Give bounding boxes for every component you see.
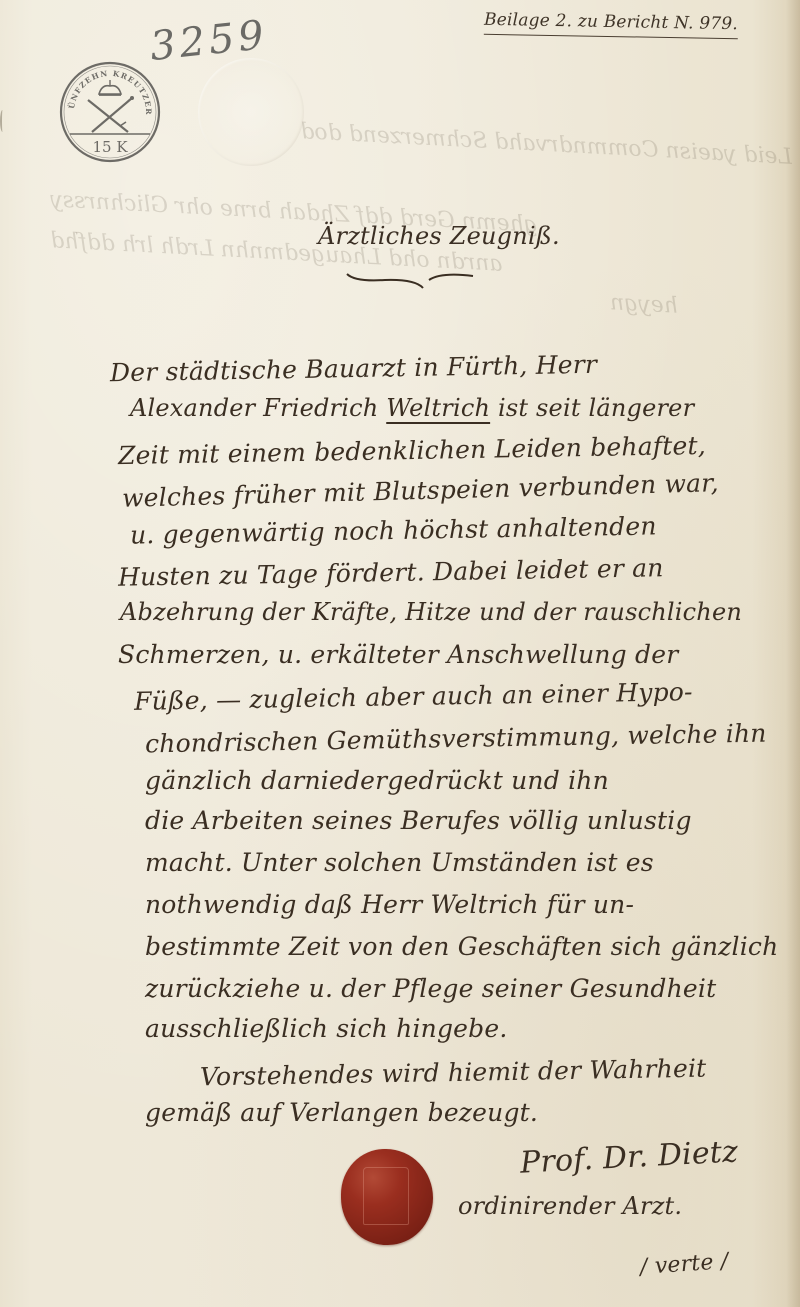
reference-note: Beilage 2. zu Bericht N. 979. bbox=[484, 10, 738, 39]
body-line: Vorstehendes wird hiemit der Wahrheit bbox=[200, 1056, 707, 1090]
body-line: Zeit mit einem bedenklichen Leiden behaf… bbox=[118, 433, 706, 468]
title-flourish-icon bbox=[345, 268, 475, 290]
document-page: Leid yaeisn Commndrvahd Schmerzend dod g… bbox=[0, 0, 800, 1307]
body-line: macht. Unter solchen Umständen ist es bbox=[145, 850, 654, 875]
seal-impression bbox=[363, 1167, 409, 1225]
embossed-stamp bbox=[198, 58, 304, 166]
wax-seal bbox=[341, 1149, 433, 1245]
body-line: u. gegenwärtig noch höchst anhaltenden bbox=[130, 513, 657, 547]
bleed-through-text: Leid yaeisn Commndrvahd Schmerzend dod bbox=[300, 119, 793, 170]
document-title: Ärztliches Zeugniß. bbox=[318, 222, 560, 250]
signature-title: ordinirender Arzt. bbox=[458, 1192, 682, 1220]
underlined-name: Weltrich bbox=[386, 394, 490, 422]
margin-mark bbox=[0, 110, 5, 132]
body-line-part: ist seit längerer bbox=[490, 394, 694, 422]
body-line: gänzlich darniedergedrückt und ihn bbox=[145, 768, 609, 793]
body-line: ausschließlich sich hingebe. bbox=[145, 1016, 508, 1041]
body-line: zurückziehe u. der Pflege seiner Gesundh… bbox=[145, 976, 716, 1001]
body-line-part: Alexander Friedrich bbox=[130, 394, 386, 422]
body-line: Füße, — zugleich aber auch an einer Hypo… bbox=[134, 679, 693, 714]
body-line: chondrischen Gemüthsverstimmung, welche … bbox=[145, 721, 767, 757]
revenue-stamp: FÜNFZEHN KREUTZER 15 K bbox=[58, 60, 162, 164]
bleed-through-text: heygn bbox=[609, 290, 678, 319]
svg-text:FÜNFZEHN KREUTZER: FÜNFZEHN KREUTZER bbox=[58, 60, 153, 116]
stamp-value: 15 K bbox=[92, 138, 128, 156]
body-line: gemäß auf Verlangen bezeugt. bbox=[145, 1100, 538, 1125]
revenue-stamp-icon: FÜNFZEHN KREUTZER 15 K bbox=[58, 60, 162, 164]
body-line: Der städtische Bauarzt in Fürth, Herr bbox=[110, 352, 597, 385]
signature-name: Prof. Dr. Dietz bbox=[519, 1134, 739, 1180]
verte-note: / verte / bbox=[639, 1249, 729, 1280]
paper-edge-shadow bbox=[786, 0, 800, 1307]
body-line: bestimmte Zeit von den Geschäften sich g… bbox=[145, 934, 778, 959]
body-line: Husten zu Tage fördert. Dabei leidet er … bbox=[118, 555, 664, 590]
body-line: Alexander Friedrich Weltrich ist seit lä… bbox=[130, 396, 694, 420]
body-line: Abzehrung der Kräfte, Hitze und der raus… bbox=[120, 600, 742, 624]
body-line: nothwendig daß Herr Weltrich für un- bbox=[145, 892, 634, 917]
body-line: die Arbeiten seines Berufes völlig unlus… bbox=[145, 808, 692, 833]
body-line: welches früher mit Blutspeien verbunden … bbox=[122, 470, 719, 511]
body-line: Schmerzen, u. erkälteter Anschwellung de… bbox=[118, 642, 678, 667]
